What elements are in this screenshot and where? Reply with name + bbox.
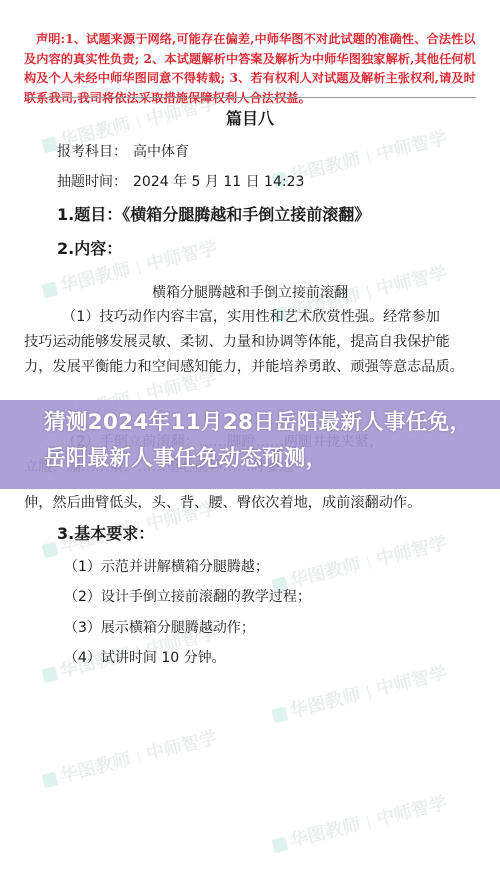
subject-row: 报考科目：高中体育 <box>57 141 189 161</box>
draw-time-row: 抽题时间：2024 年 5 月 11 日 14:23 <box>57 171 304 191</box>
requirement-item: （4）试讲时间 10 分钟。 <box>64 647 226 667</box>
disclaimer-body: 声明:1、试题来源于网络,可能存在偏差,中师华图不对此试题的准确性、合法性以及内… <box>24 32 476 105</box>
section-content-heading: 2.内容： <box>57 236 122 259</box>
subject-label: 报考科目： <box>57 144 127 160</box>
watermark: 华图教师中师智学 <box>270 789 450 858</box>
watermark-logo-icon <box>271 836 288 853</box>
requirement-item: （2）设计手倒立接前滚翻的教学过程； <box>64 586 311 606</box>
watermark: 华图教师中师智学 <box>40 724 220 793</box>
content-title: 横箱分腿腾越和手倒立接前滚翻 <box>0 282 500 302</box>
subject-value: 高中体育 <box>133 144 189 160</box>
paragraph-body: 技巧运动能够发展灵敏、柔韧、力量和协调等体能，提高自我保护能力，发展平衡能力和空… <box>24 330 476 380</box>
section-requirements-heading: 3.基本要求： <box>57 521 154 544</box>
content-paragraph-1: （1）技巧动作内容丰富，实用性和艺术欣赏性强。经常参加 技巧运动能够发展灵敏、柔… <box>24 305 476 380</box>
requirement-item: （3）展示横箱分腿腾越动作； <box>64 617 255 637</box>
watermark-logo-icon <box>41 666 58 683</box>
watermark-logo-icon <box>41 136 58 153</box>
paragraph-line: （1）技巧动作内容丰富，实用性和艺术欣赏性强。经常参加 <box>24 305 476 330</box>
watermark: 华图教师中师智学 <box>270 659 450 728</box>
header-divider <box>24 97 476 98</box>
watermark-logo-icon <box>41 771 58 788</box>
watermark-logo-icon <box>41 541 58 558</box>
headline-text: 猜测2024年11月28日岳阳最新人事任免，岳阳最新人事任免动态预测， <box>44 405 484 477</box>
watermark-logo-icon <box>271 706 288 723</box>
requirement-item: （1）示范并讲解横箱分腿腾越； <box>64 556 269 576</box>
draw-time-label: 抽题时间： <box>57 174 127 190</box>
section-topic-heading: 1.题目：《横箱分腿腾越和手倒立接前滚翻》 <box>57 202 370 225</box>
document-page: 声明:1、试题来源于网络,可能存在偏差,中师华图不对此试题的准确性、合法性以及内… <box>0 0 500 891</box>
document-title: 篇目八 <box>0 106 500 129</box>
draw-time-value: 2024 年 5 月 11 日 14:23 <box>133 174 304 190</box>
content-paragraph-2-last: 伸，然后曲臂低头，头、背、腰、臀依次着地，成前滚翻动作。 <box>24 491 476 516</box>
paragraph-line: 伸，然后曲臂低头，头、背、腰、臀依次着地，成前滚翻动作。 <box>24 491 476 516</box>
